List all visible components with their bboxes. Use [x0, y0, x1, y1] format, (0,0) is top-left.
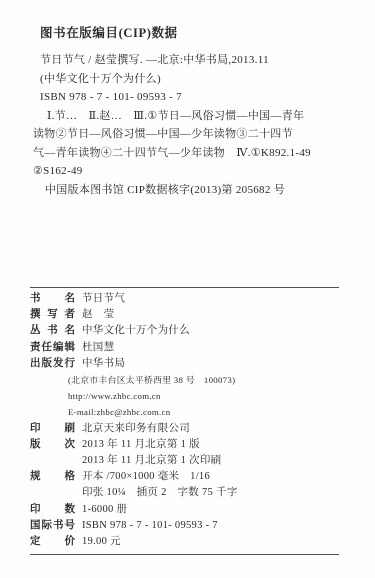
row-label: 丛书名	[30, 323, 75, 339]
row-value: 北京天来印务有限公司	[82, 421, 190, 437]
row-format: 规格 开本 /700×1000 毫米 1/16	[30, 469, 339, 485]
row-editor: 责任编辑 杜国慧	[30, 340, 339, 356]
cip-index-line: ②S162-49	[33, 162, 349, 181]
cip-index-line: Ⅰ.节… Ⅱ.赵… Ⅲ.①节日—风俗习惯—中国—青年	[33, 107, 349, 126]
row-value: 杜国慧	[82, 340, 114, 356]
cip-series-line: (中华文化十万个为什么)	[40, 70, 349, 89]
row-value: 1-6000 册	[82, 502, 127, 518]
row-book-name: 书名 节日节气	[30, 291, 339, 307]
row-publisher-url: http://www.zhbc.com.cn	[30, 388, 339, 404]
row-label: 版次	[30, 437, 75, 453]
row-sheets: 印张 10¼ 插页 2 字数 75 千字	[30, 485, 339, 501]
row-label: 书名	[30, 291, 75, 307]
row-value: ISBN 978 - 7 - 101- 09593 - 7	[82, 518, 218, 534]
row-print-run: 印数 1-6000 册	[30, 502, 339, 518]
cip-block: 图书在版编目(CIP)数据 节日节气 / 赵莹撰写. —北京:中华书局,2013…	[0, 0, 375, 199]
cip-index-line: 气—青年读物④二十四节气—少年读物 Ⅳ.①K892.1-49	[33, 144, 349, 163]
row-label: 定价	[30, 534, 75, 550]
row-label: 撰写者	[30, 307, 75, 323]
cip-title-line: 节日节气 / 赵莹撰写. —北京:中华书局,2013.11	[40, 51, 349, 70]
row-value: 19.00 元	[82, 534, 121, 550]
cip-classification: Ⅰ.节… Ⅱ.赵… Ⅲ.①节日—风俗习惯—中国—青年 读物②节日—风俗习惯—中国…	[33, 107, 349, 181]
row-value: 中华书局	[82, 356, 125, 372]
row-value: 2013 年 11 月北京第 1 次印刷	[82, 453, 222, 469]
publisher-website: http://www.zhbc.com.cn	[68, 388, 161, 404]
publisher-address: (北京市丰台区太平桥西里 38 号 100073)	[68, 372, 235, 388]
row-price: 定价 19.00 元	[30, 534, 339, 550]
row-label: 印数	[30, 502, 75, 518]
row-label: 责任编辑	[30, 340, 75, 356]
row-publisher: 出版发行 中华书局	[30, 356, 339, 372]
row-printer: 印刷 北京天来印务有限公司	[30, 421, 339, 437]
row-value: 节日节气	[82, 291, 125, 307]
row-series-name: 丛书名 中华文化十万个为什么	[30, 323, 339, 339]
row-label: 国际书号	[30, 518, 75, 534]
colophon-table: 书名 节日节气 撰写者 赵 莹 丛书名 中华文化十万个为什么 责任编辑 杜国慧 …	[30, 287, 339, 555]
row-label: 出版发行	[30, 356, 75, 372]
cip-index-line: 读物②节日—风俗习惯—中国—少年读物③二十四节	[33, 125, 349, 144]
cip-heading: 图书在版编目(CIP)数据	[40, 23, 349, 41]
row-publisher-address: (北京市丰台区太平桥西里 38 号 100073)	[30, 372, 339, 388]
publisher-email: E-mail:zhbc@zhbc.com.cn	[68, 404, 170, 420]
row-printing: 2013 年 11 月北京第 1 次印刷	[30, 453, 339, 469]
row-value: 赵 莹	[82, 307, 114, 323]
row-writer: 撰写者 赵 莹	[30, 307, 339, 323]
row-label: 规格	[30, 469, 75, 485]
row-value: 印张 10¼ 插页 2 字数 75 千字	[82, 485, 238, 501]
row-publisher-email: E-mail:zhbc@zhbc.com.cn	[30, 404, 339, 420]
row-value: 开本 /700×1000 毫米 1/16	[82, 469, 210, 485]
cip-record-number: 中国版本图书馆 CIP数据核字(2013)第 205682 号	[40, 181, 349, 200]
row-label: 印刷	[30, 421, 75, 437]
book-copyright-page: 图书在版编目(CIP)数据 节日节气 / 赵莹撰写. —北京:中华书局,2013…	[0, 0, 375, 578]
row-value: 中华文化十万个为什么	[82, 323, 190, 339]
cip-isbn-line: ISBN 978 - 7 - 101- 09593 - 7	[40, 88, 349, 107]
row-value: 2013 年 11 月北京第 1 版	[82, 437, 200, 453]
row-isbn: 国际书号 ISBN 978 - 7 - 101- 09593 - 7	[30, 518, 339, 534]
row-edition: 版次 2013 年 11 月北京第 1 版	[30, 437, 339, 453]
